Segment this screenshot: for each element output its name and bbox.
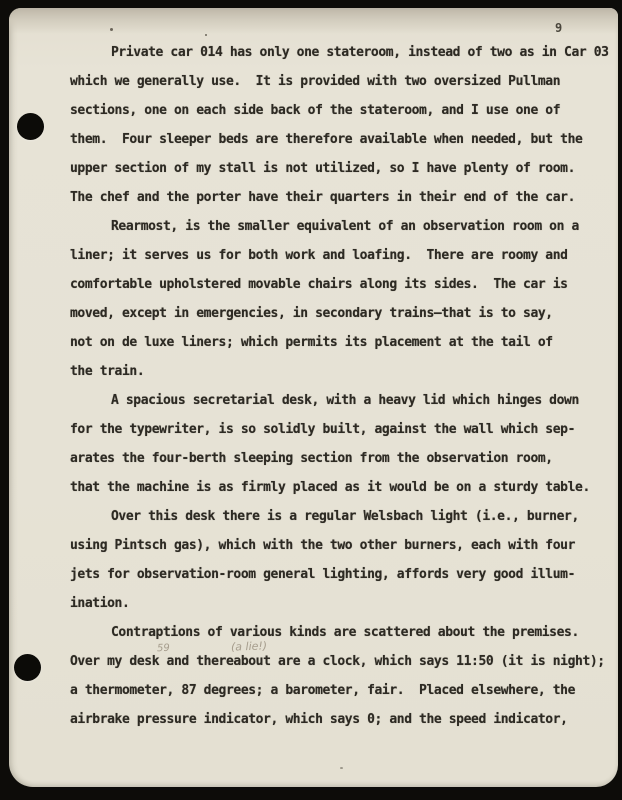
punch-hole-bottom [14,654,41,681]
punch-hole-top [17,113,44,140]
text-line: them. Four sleeper beds are therefore av… [70,132,622,161]
text-line: Over my desk and thereabout are a clock,… [70,654,622,683]
paper-sheet: 9 Private car 014 has only one stateroom… [9,8,618,787]
text-line: jets for observation-room general lighti… [70,567,622,596]
paper-speck [340,767,343,769]
text-line: Private car 014 has only one stateroom, … [70,45,622,74]
text-line: using Pintsch gas), which with the two o… [70,538,622,567]
text-line: airbrake pressure indicator, which says … [70,712,622,741]
text-line: the train. [70,364,622,393]
text-line: a thermometer, 87 degrees; a barometer, … [70,683,622,712]
text-line: ination. [70,596,622,625]
text-line: sections, one on each side back of the s… [70,103,622,132]
text-line: The chef and the porter have their quart… [70,190,622,219]
text-line: comfortable upholstered movable chairs a… [70,277,622,306]
handwritten-comment: (a lie!) [231,639,268,653]
paper-speck [205,34,207,36]
text-line: not on de luxe liners; which permits its… [70,335,622,364]
scanned-page: 9 Private car 014 has only one stateroom… [0,0,622,800]
paper-top-shadow [9,8,618,34]
handwritten-temperature-correction: 59 [157,643,170,654]
text-line: A spacious secretarial desk, with a heav… [70,393,622,422]
text-line: for the typewriter, is so solidly built,… [70,422,622,451]
text-line: arates the four-berth sleeping section f… [70,451,622,480]
text-line: Over this desk there is a regular Welsba… [70,509,622,538]
typewritten-text: Private car 014 has only one stateroom, … [70,45,622,741]
text-line: moved, except in emergencies, in seconda… [70,306,622,335]
text-line: liner; it serves us for both work and lo… [70,248,622,277]
text-line: Contraptions of various kinds are scatte… [70,625,622,654]
text-line: upper section of my stall is not utilize… [70,161,622,190]
paper-speck [110,28,113,31]
text-line: which we generally use. It is provided w… [70,74,622,103]
text-line: Rearmost, is the smaller equivalent of a… [70,219,622,248]
text-line: that the machine is as firmly placed as … [70,480,622,509]
page-number: 9 [555,21,562,35]
